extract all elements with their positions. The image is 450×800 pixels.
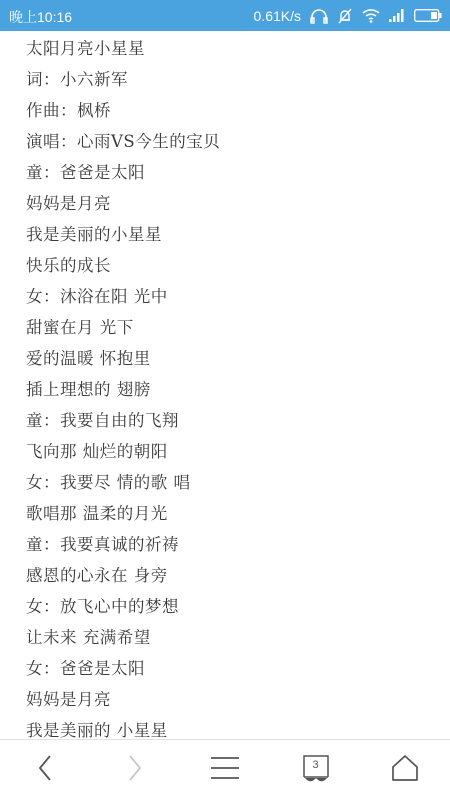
lyric-line: 女：沐浴在阳 光中 <box>26 281 440 312</box>
lyric-line: 飞向那 灿烂的朝阳 <box>26 436 440 467</box>
lyric-line: 妈妈是月亮 <box>26 188 440 219</box>
network-speed: 0.61K/s <box>254 8 301 24</box>
status-bar: 晚上10:16 0.61K/s <box>0 0 450 31</box>
lyric-line: 甜蜜在月 光下 <box>26 312 440 343</box>
lyric-line: 我是美丽的 小星星 <box>26 715 440 740</box>
lyric-line: 让未来 充满希望 <box>26 622 440 653</box>
forward-icon <box>127 754 143 786</box>
home-button[interactable] <box>375 740 435 800</box>
lyric-line: 演唱：心雨VS今生的宝贝 <box>26 126 440 157</box>
wifi-icon <box>362 8 380 23</box>
lyric-line: 童：爸爸是太阳 <box>26 157 440 188</box>
home-icon <box>392 755 418 785</box>
lyric-line: 童：我要自由的飞翔 <box>26 405 440 436</box>
lyric-line: 女：我要尽 情的歌 唱 <box>26 467 440 498</box>
tabs-button[interactable]: 3 <box>286 740 346 800</box>
back-icon <box>37 754 53 786</box>
bottom-navigation-bar: 3 <box>0 739 450 800</box>
lyric-line: 歌唱那 温柔的月光 <box>26 498 440 529</box>
lyric-title: 太阳月亮小星星 <box>26 33 440 64</box>
lyric-line: 爱的温暖 怀抱里 <box>26 343 440 374</box>
lyric-line: 女：爸爸是太阳 <box>26 653 440 684</box>
lyric-line: 女：放飞心中的梦想 <box>26 591 440 622</box>
menu-icon <box>210 756 240 784</box>
lyric-line: 词：小六新军 <box>26 64 440 95</box>
status-icons: 0.61K/s <box>254 0 442 31</box>
lyric-line: 作曲：枫桥 <box>26 95 440 126</box>
back-button[interactable] <box>15 740 75 800</box>
lyric-line: 快乐的成长 <box>26 250 440 281</box>
tabs-incognito-icon: 3 <box>303 755 329 785</box>
mute-bell-icon <box>337 8 353 24</box>
status-time: 晚上10:16 <box>9 7 72 27</box>
battery-icon <box>414 9 442 22</box>
signal-icon <box>389 9 405 22</box>
menu-button[interactable] <box>195 740 255 800</box>
lyric-line: 感恩的心永在 身旁 <box>26 560 440 591</box>
lyric-line: 妈妈是月亮 <box>26 684 440 715</box>
forward-button[interactable] <box>105 740 165 800</box>
tab-count: 3 <box>303 755 328 775</box>
lyric-line: 插上理想的 翅膀 <box>26 374 440 405</box>
headset-icon <box>310 8 328 24</box>
lyric-line: 我是美丽的小星星 <box>26 219 440 250</box>
lyric-line: 童：我要真诚的祈祷 <box>26 529 440 560</box>
lyrics-content: 太阳月亮小星星 词：小六新军 作曲：枫桥 演唱：心雨VS今生的宝贝 童：爸爸是太… <box>26 33 440 740</box>
